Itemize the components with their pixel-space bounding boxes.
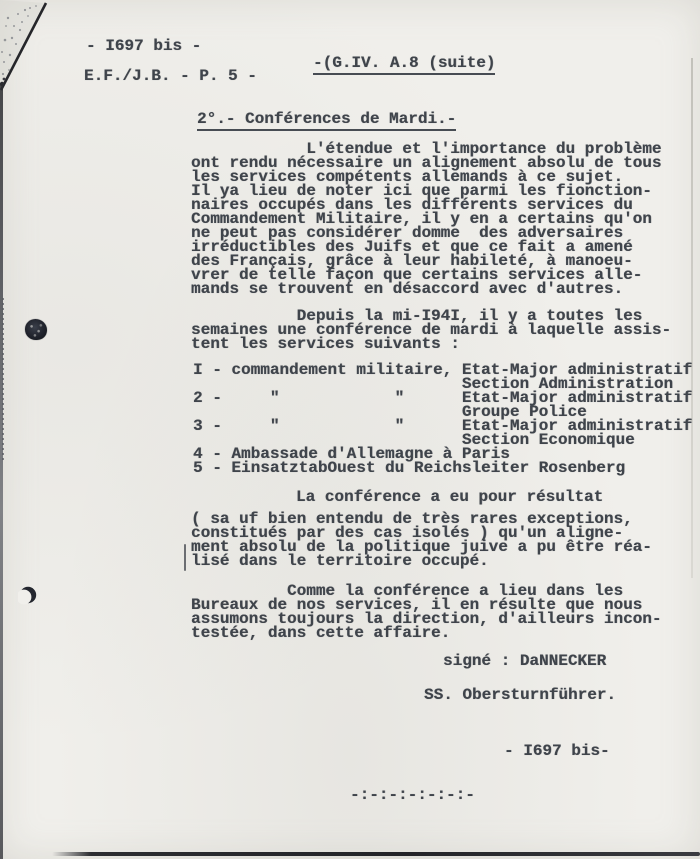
ink-blot-artifact bbox=[25, 319, 47, 340]
crescent-mark-artifact bbox=[18, 585, 38, 607]
scan-right-edge-line bbox=[691, 58, 693, 578]
signature-signed-line: signé : DaNNECKER bbox=[443, 654, 606, 668]
reference-number-top: - I697 bis - bbox=[86, 39, 201, 53]
corner-fold-artifact bbox=[0, 0, 70, 100]
scan-left-edge-dots bbox=[2, 298, 4, 463]
paragraph-direction: Comme la conférence a lieu dans les Bure… bbox=[191, 584, 661, 640]
margin-stray-mark bbox=[184, 544, 186, 571]
footer-separator: -:-:-:-:-:-:- bbox=[350, 788, 475, 802]
signature-rank-line: SS. Obersturnführer. bbox=[424, 688, 616, 702]
reference-number-bottom: - I697 bis- bbox=[504, 744, 610, 758]
reference-initials: E.F./J.B. - P. 5 - bbox=[84, 69, 257, 83]
section-title: 2°.- Conférences de Mardi.- bbox=[197, 112, 456, 131]
document-scan-page: - I697 bis - E.F./J.B. - P. 5 - -(G.IV. … bbox=[0, 0, 700, 859]
paragraph-alignment-services: L'étendue et l'importance du problème on… bbox=[191, 142, 661, 296]
scan-bottom-edge bbox=[52, 852, 700, 856]
scan-left-edge bbox=[0, 84, 3, 859]
paragraph-result-body: ( sa uf bien entendu de très rares excep… bbox=[191, 512, 652, 568]
attendees-list: I - commandement militaire, Etat-Major a… bbox=[193, 363, 692, 475]
reference-series: -(G.IV. A.8 (suite) bbox=[313, 56, 495, 75]
paragraph-result-intro: La conférence a eu pour résultat bbox=[296, 490, 603, 504]
paragraph-weekly-conference: Depuis la mi-I94I, il y a toutes les sem… bbox=[191, 309, 671, 351]
